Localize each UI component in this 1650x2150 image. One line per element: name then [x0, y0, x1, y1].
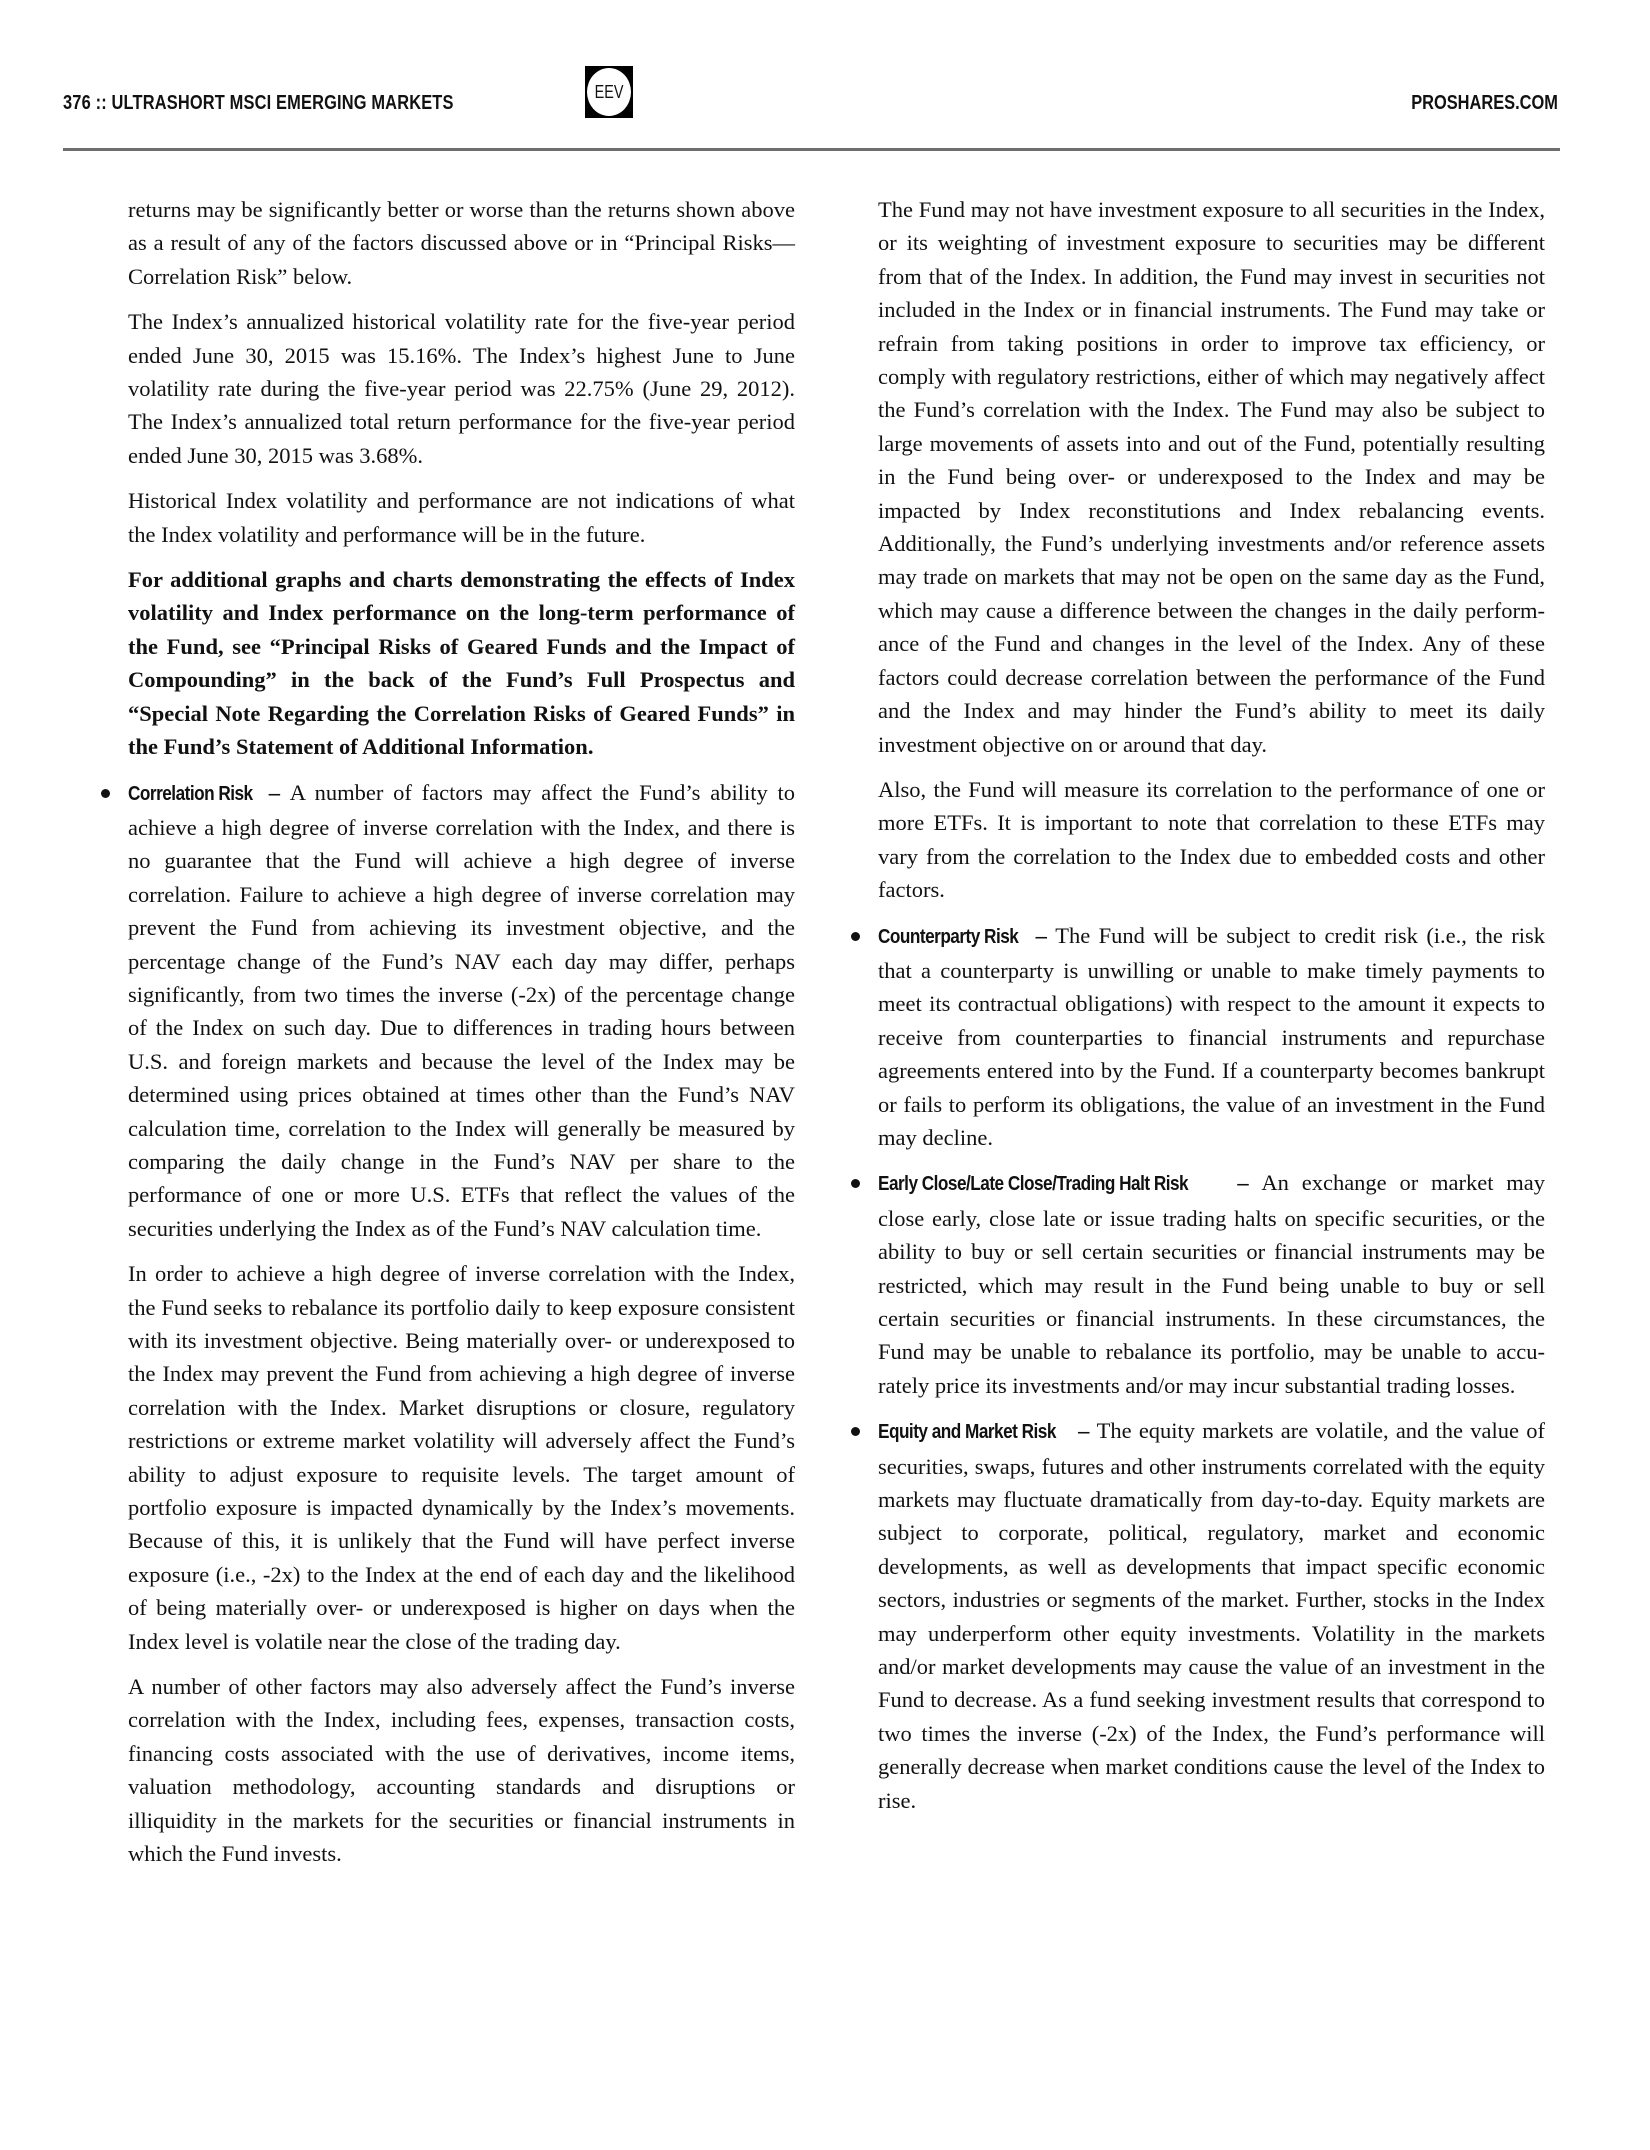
- ticker-label: EEV: [595, 82, 624, 103]
- paragraph-additional-graphs-note: For additional graphs and charts demonst…: [128, 563, 795, 763]
- site-url[interactable]: PROSHARES.COM: [1411, 92, 1558, 115]
- right-column: The Fund may not have investment exposur…: [878, 193, 1545, 1829]
- risk-dash: –: [1027, 923, 1055, 948]
- risk-dash: –: [1225, 1170, 1262, 1195]
- paragraph-volatility-stats: The Index’s annualized historical volati…: [128, 305, 795, 472]
- risk-item-early-close: Early Close/Late Close/Trading Halt Risk…: [878, 1166, 1545, 1402]
- header-divider: [63, 148, 1560, 151]
- paragraph-rebalance: In order to achieve a high degree of inv…: [128, 1257, 795, 1658]
- paragraph-exposure: The Fund may not have investment exposur…: [878, 193, 1545, 761]
- risk-item-equity-market: Equity and Market Risk – The equity mark…: [878, 1414, 1545, 1817]
- risk-item-counterparty: Counterparty Risk – The Fund will be sub…: [878, 919, 1545, 1155]
- risk-title: Counterparty Risk: [878, 921, 1018, 954]
- page-header: 376 :: ULTRASHORT MSCI EMERGING MARKETS …: [0, 0, 1650, 160]
- ticker-circle-icon: EEV: [587, 68, 631, 116]
- risk-text: The equity markets are volatile, and the…: [878, 1418, 1545, 1812]
- bullet-icon: [101, 789, 110, 798]
- paragraph-historical-disclaimer: Historical Index volatility and performa…: [128, 484, 795, 551]
- risk-text: The Fund will be subject to credit risk …: [878, 923, 1545, 1150]
- left-column: returns may be significantly better or w…: [128, 193, 795, 1883]
- risk-dash: –: [259, 780, 290, 805]
- risk-dash: –: [1071, 1418, 1097, 1443]
- bullet-icon: [851, 1427, 860, 1436]
- page-title: 376 :: ULTRASHORT MSCI EMERGING MARKETS: [63, 92, 454, 115]
- risk-item-correlation: Correlation Risk – A number of factors m…: [128, 776, 795, 1246]
- bullet-icon: [851, 1179, 860, 1188]
- risk-title: Equity and Market Risk: [878, 1416, 1056, 1449]
- risk-title: Early Close/Late Close/Trading Halt Risk: [878, 1168, 1188, 1201]
- bullet-icon: [851, 932, 860, 941]
- paragraph-returns-note: returns may be significantly better or w…: [128, 193, 795, 293]
- ticker-badge: EEV: [585, 66, 633, 118]
- risk-text: An exchange or market may close early, c…: [878, 1170, 1545, 1397]
- risk-text: A number of factors may affect the Fund’…: [128, 780, 795, 1241]
- risk-title: Correlation Risk: [128, 778, 253, 811]
- paragraph-other-factors: A number of other factors may also adver…: [128, 1670, 795, 1870]
- paragraph-etf-correlation: Also, the Fund will measure its correlat…: [878, 773, 1545, 907]
